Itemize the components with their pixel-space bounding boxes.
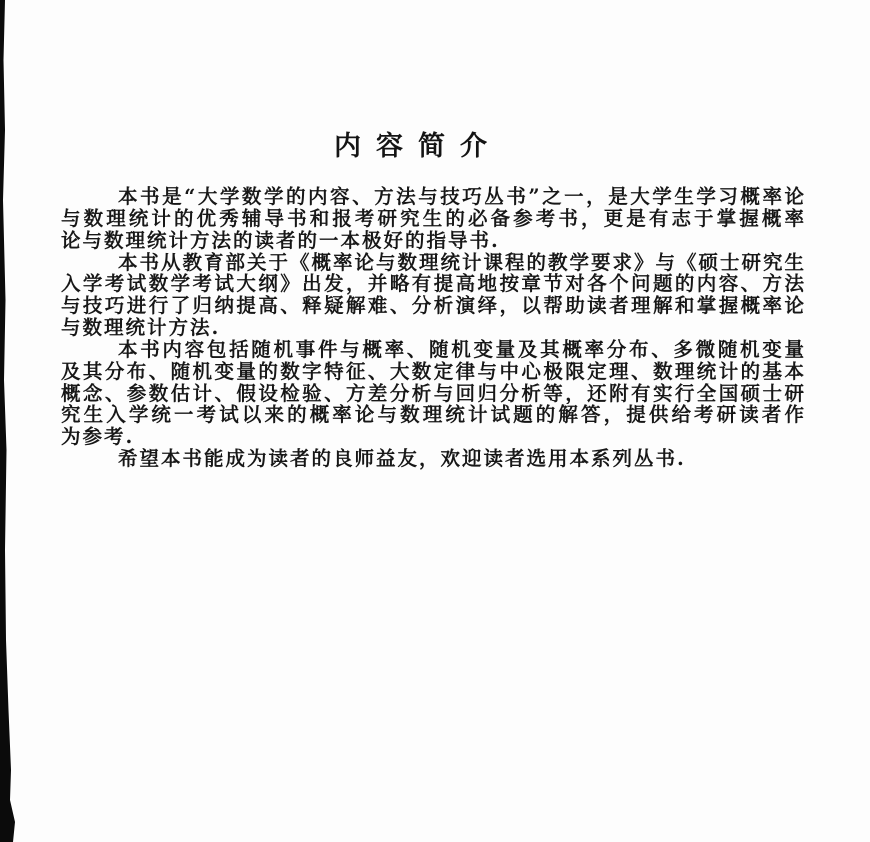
text-line: 及其分布、随机变量的数字特征、大数定律与中心极限定理、数理统计的基本 — [61, 361, 806, 383]
text-line: 论与数理统计方法的读者的一本极好的指导书. — [61, 230, 806, 252]
text-line: 与数理统计方法. — [61, 317, 806, 339]
text-line: 概念、参数估计、假设检验、方差分析与回归分析等，还附有实行全国硕士研 — [61, 383, 806, 405]
scan-edge-artifact — [0, 0, 24, 842]
text-line: 本书从教育部关于《概率论与数理统计课程的教学要求》与《硕士研究生 — [61, 252, 806, 274]
intro-text-block: 本书是“大学数学的内容、方法与技巧丛书”之一，是大学生学习概率论 与数理统计的优… — [61, 186, 806, 470]
text-line: 入学考试数学考试大纲》出发，并略有提高地按章节对各个问题的内容、方法 — [61, 273, 806, 295]
text-line: 本书内容包括随机事件与概率、随机变量及其概率分布、多微随机变量 — [61, 339, 806, 361]
text-line: 与技巧进行了归纳提高、释疑解难、分析演绎，以帮助读者理解和掌握概率论 — [61, 295, 806, 317]
scanned-book-page: 内容简介 本书是“大学数学的内容、方法与技巧丛书”之一，是大学生学习概率论 与数… — [0, 0, 870, 842]
page-title: 内容简介 — [0, 131, 836, 163]
text-line: 与数理统计的优秀辅导书和报考研究生的必备参考书，更是有志于掌握概率 — [61, 208, 806, 230]
text-line: 究生入学统一考试以来的概率论与数理统计试题的解答，提供给考研读者作 — [61, 404, 806, 426]
text-line: 为参考. — [61, 426, 806, 448]
text-line: 本书是“大学数学的内容、方法与技巧丛书”之一，是大学生学习概率论 — [61, 186, 806, 208]
text-line: 希望本书能成为读者的良师益友，欢迎读者选用本系列丛书. — [61, 448, 806, 470]
